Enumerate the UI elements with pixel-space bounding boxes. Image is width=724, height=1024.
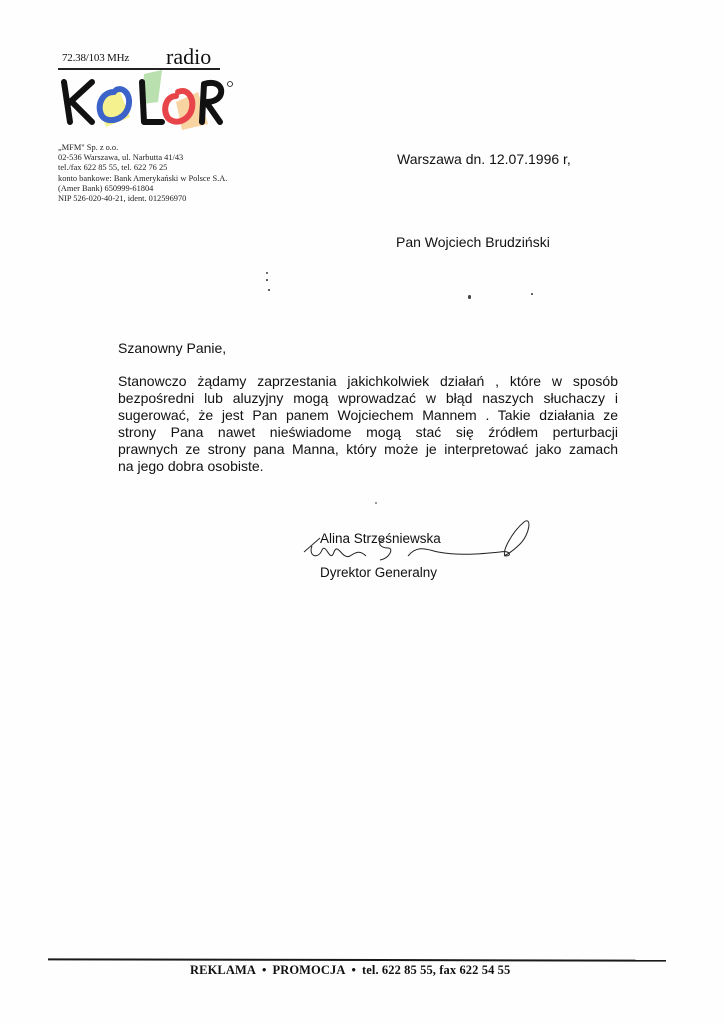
body-line: bezpośredni lub aluzyjny mogą wprowadzać… <box>118 390 618 407</box>
scan-speck <box>268 289 270 291</box>
salutation: Szanowny Panie, <box>118 340 226 356</box>
body-line: strony Pana nawet nieświadome mogą stać … <box>118 424 618 441</box>
company-line: NIP 526-020-40-21, ident. 012596970 <box>58 194 227 204</box>
body-line: prawnych ze strony pana Manna, który moż… <box>118 441 618 458</box>
scan-speck <box>468 295 471 299</box>
company-info: „MFM" Sp. z o.o. 02-536 Warszawa, ul. Na… <box>58 143 227 204</box>
company-line: 02-536 Warszawa, ul. Narbutta 41/43 <box>58 153 227 163</box>
body-line: sugerować, że jest Pan panem Wojciechem … <box>118 407 618 424</box>
footer-contact: tel. 622 85 55, fax 622 54 55 <box>362 963 510 977</box>
company-line: (Amer Bank) 650999-61804 <box>58 184 227 194</box>
bullet-separator: • <box>351 963 355 977</box>
company-line: „MFM" Sp. z o.o. <box>58 143 227 153</box>
kolor-wordmark-icon <box>58 62 238 132</box>
company-line: tel./fax 622 85 55, tel. 622 76 25 <box>58 163 227 173</box>
radio-kolor-logo: 72.38/103 MHz radio <box>58 44 238 129</box>
footer-reklama: REKLAMA <box>190 963 256 977</box>
letter-date: Warszawa dn. 12.07.1996 r, <box>397 151 571 167</box>
scan-speck <box>531 293 533 295</box>
letter-page: 72.38/103 MHz radio „MFM" Sp. z o.o. 02-… <box>0 0 724 1024</box>
recipient: Pan Wojciech Brudziński <box>396 234 550 250</box>
body-line: Stanowczo żądamy zaprzestania jakichkolw… <box>118 373 618 390</box>
scan-speck <box>375 502 377 504</box>
body-line: na jego dobra osobiste. <box>118 458 618 475</box>
scan-speck <box>266 279 268 281</box>
footer-line: REKLAMA•PROMOCJA•tel. 622 85 55, fax 622… <box>190 963 510 978</box>
footer-promocja: PROMOCJA <box>272 963 345 977</box>
company-line: konto bankowe: Bank Amerykański w Polsce… <box>58 174 227 184</box>
footer-rule <box>48 958 666 961</box>
bullet-separator: • <box>262 963 266 977</box>
letter-body: Stanowczo żądamy zaprzestania jakichkolw… <box>118 373 618 475</box>
signatory-title: Dyrektor Generalny <box>320 565 437 580</box>
scan-speck <box>266 272 268 274</box>
signatory-name: Alina Strześniewska <box>320 531 441 546</box>
